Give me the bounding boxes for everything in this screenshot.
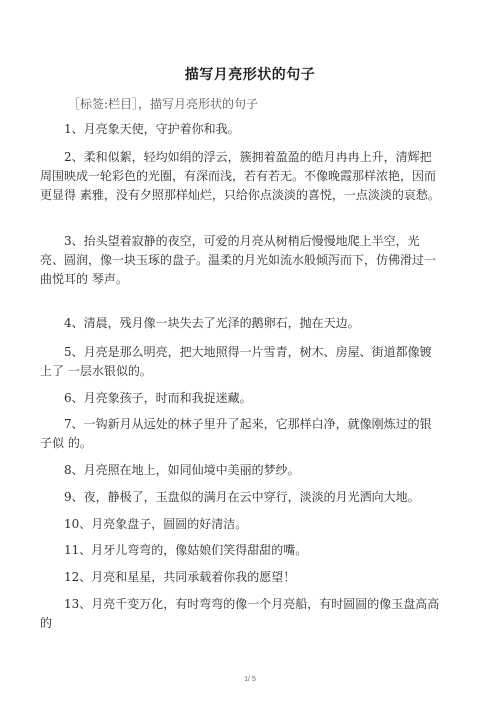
paragraph-9: 9、夜，静极了，玉盘似的满月在云中穿行，淡淡的月光洒向大地。 — [40, 488, 440, 507]
paragraph-8: 8、月亮照在地上，如同仙境中美丽的梦纱。 — [40, 461, 440, 480]
paragraph-4: 4、清晨，残月像一块失去了光泽的鹅卵石，抛在天边。 — [40, 314, 440, 333]
paragraph-12: 12、月亮和星星，共同承载着你我的愿望！ — [40, 568, 440, 587]
paragraph-13: 13、月亮千变万化，有时弯弯的像一个月亮船，有时圆圆的像玉盘高高的 — [40, 595, 440, 633]
paragraph-7: 7、一钩新月从远处的林子里升了起来，它那样白净，就像刚炼过的银子似 的。 — [40, 415, 440, 453]
tag-line: ［标签:栏目］，描写月亮形状的句子 — [68, 95, 258, 112]
page-indicator: 1/ 5 — [0, 676, 500, 683]
paragraph-6: 6、月亮象孩子，时而和我捉迷藏。 — [40, 389, 440, 408]
document-page: 描写月亮形状的句子 ［标签:栏目］，描写月亮形状的句子 1、月亮象天使，守护着你… — [0, 0, 500, 708]
paragraph-3: 3、抬头望着寂静的夜空，可爱的月亮从树梢后慢慢地爬上半空，光亮、圆润，像一块玉琢… — [40, 232, 440, 289]
paragraph-1: 1、月亮象天使，守护着你和我。 — [40, 120, 440, 139]
paragraph-10: 10、月亮象盘子，圆圆的好清洁。 — [40, 515, 440, 534]
document-title: 描写月亮形状的句子 — [0, 64, 500, 84]
paragraph-11: 11、月牙儿弯弯的，像姑娘们笑得甜甜的嘴。 — [40, 541, 440, 560]
paragraph-5: 5、月亮是那么明亮，把大地照得一片雪青，树木、房屋、街道都像镀上了 一层水银似的… — [40, 343, 440, 381]
paragraph-2: 2、柔和似絮，轻均如绢的浮云，簇拥着盈盈的皓月冉冉上升，清辉把周围映成一轮彩色的… — [40, 148, 440, 205]
